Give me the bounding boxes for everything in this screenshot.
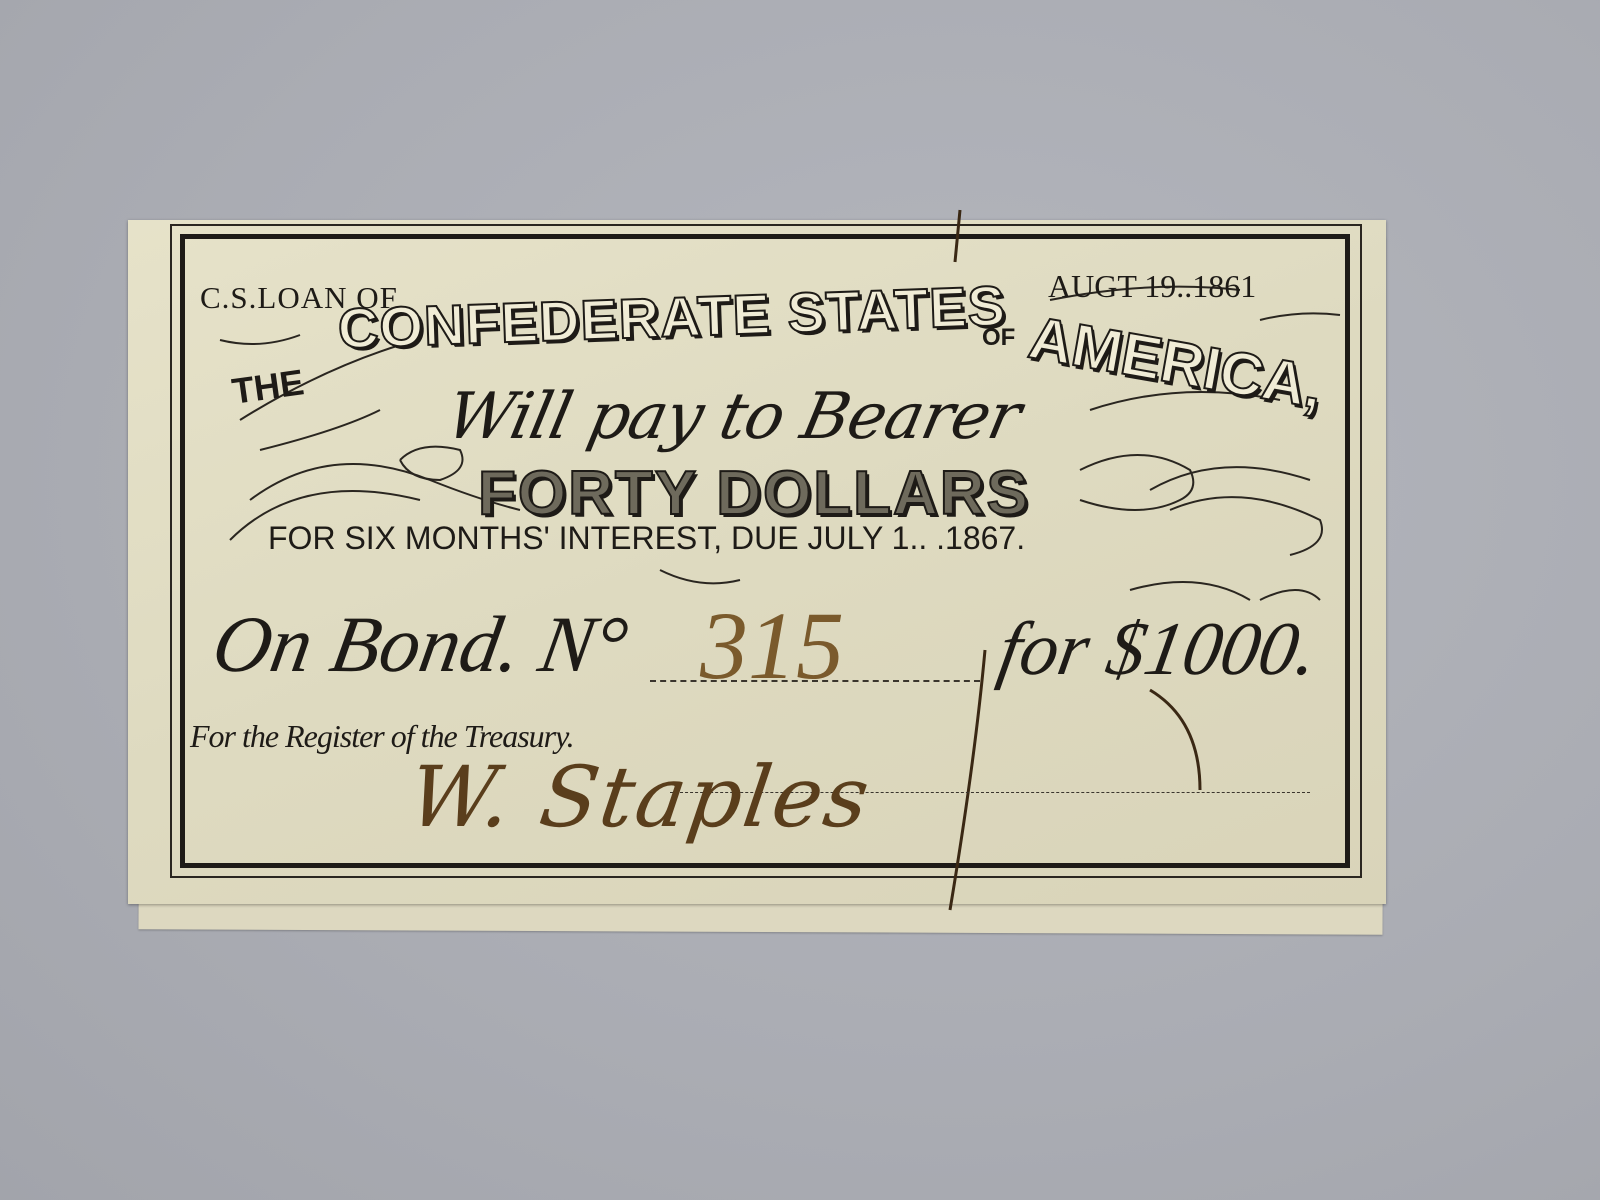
signature: W. Staples: [403, 748, 877, 846]
bond-value: for $1000.: [992, 606, 1324, 693]
bond-number-rule: [650, 680, 980, 682]
coupon-amount: FORTY DOLLARS: [478, 458, 1030, 529]
bond-number: 315: [700, 590, 844, 701]
bond-number-label: On Bond. N°: [206, 600, 634, 691]
title-of: OF: [982, 324, 1015, 352]
interest-due-line: FOR SIX MONTHS' INTEREST, DUE JULY 1.. .…: [268, 520, 1025, 557]
promise-text: Will pay to Bearer: [440, 380, 1026, 454]
issue-date: AUGT 19..1861: [1048, 268, 1256, 305]
